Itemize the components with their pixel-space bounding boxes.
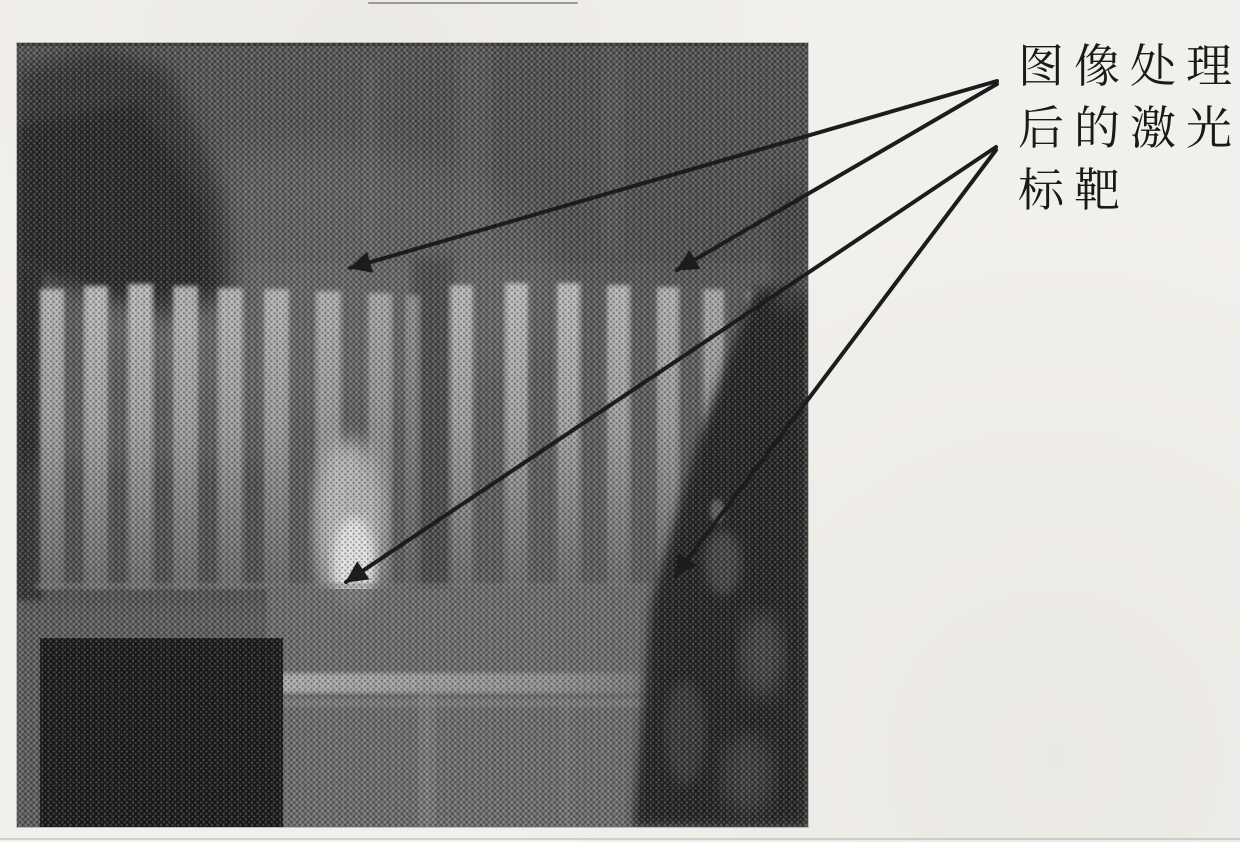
processed-laser-target-photo [17,43,808,827]
annotation-label: 图像处理 后的激光 标靶 [1018,36,1240,222]
scan-artifact [0,838,1240,840]
annotation-line-1: 图像处理 [1018,36,1240,98]
annotation-line-2: 后的激光 [1018,98,1240,160]
annotation-line-3: 标靶 [1018,160,1240,222]
figure-page: 图像处理 后的激光 标靶 [0,0,1240,842]
halftone-texture-light [17,43,808,827]
photo-canvas [17,43,808,827]
scan-artifact [368,2,578,4]
